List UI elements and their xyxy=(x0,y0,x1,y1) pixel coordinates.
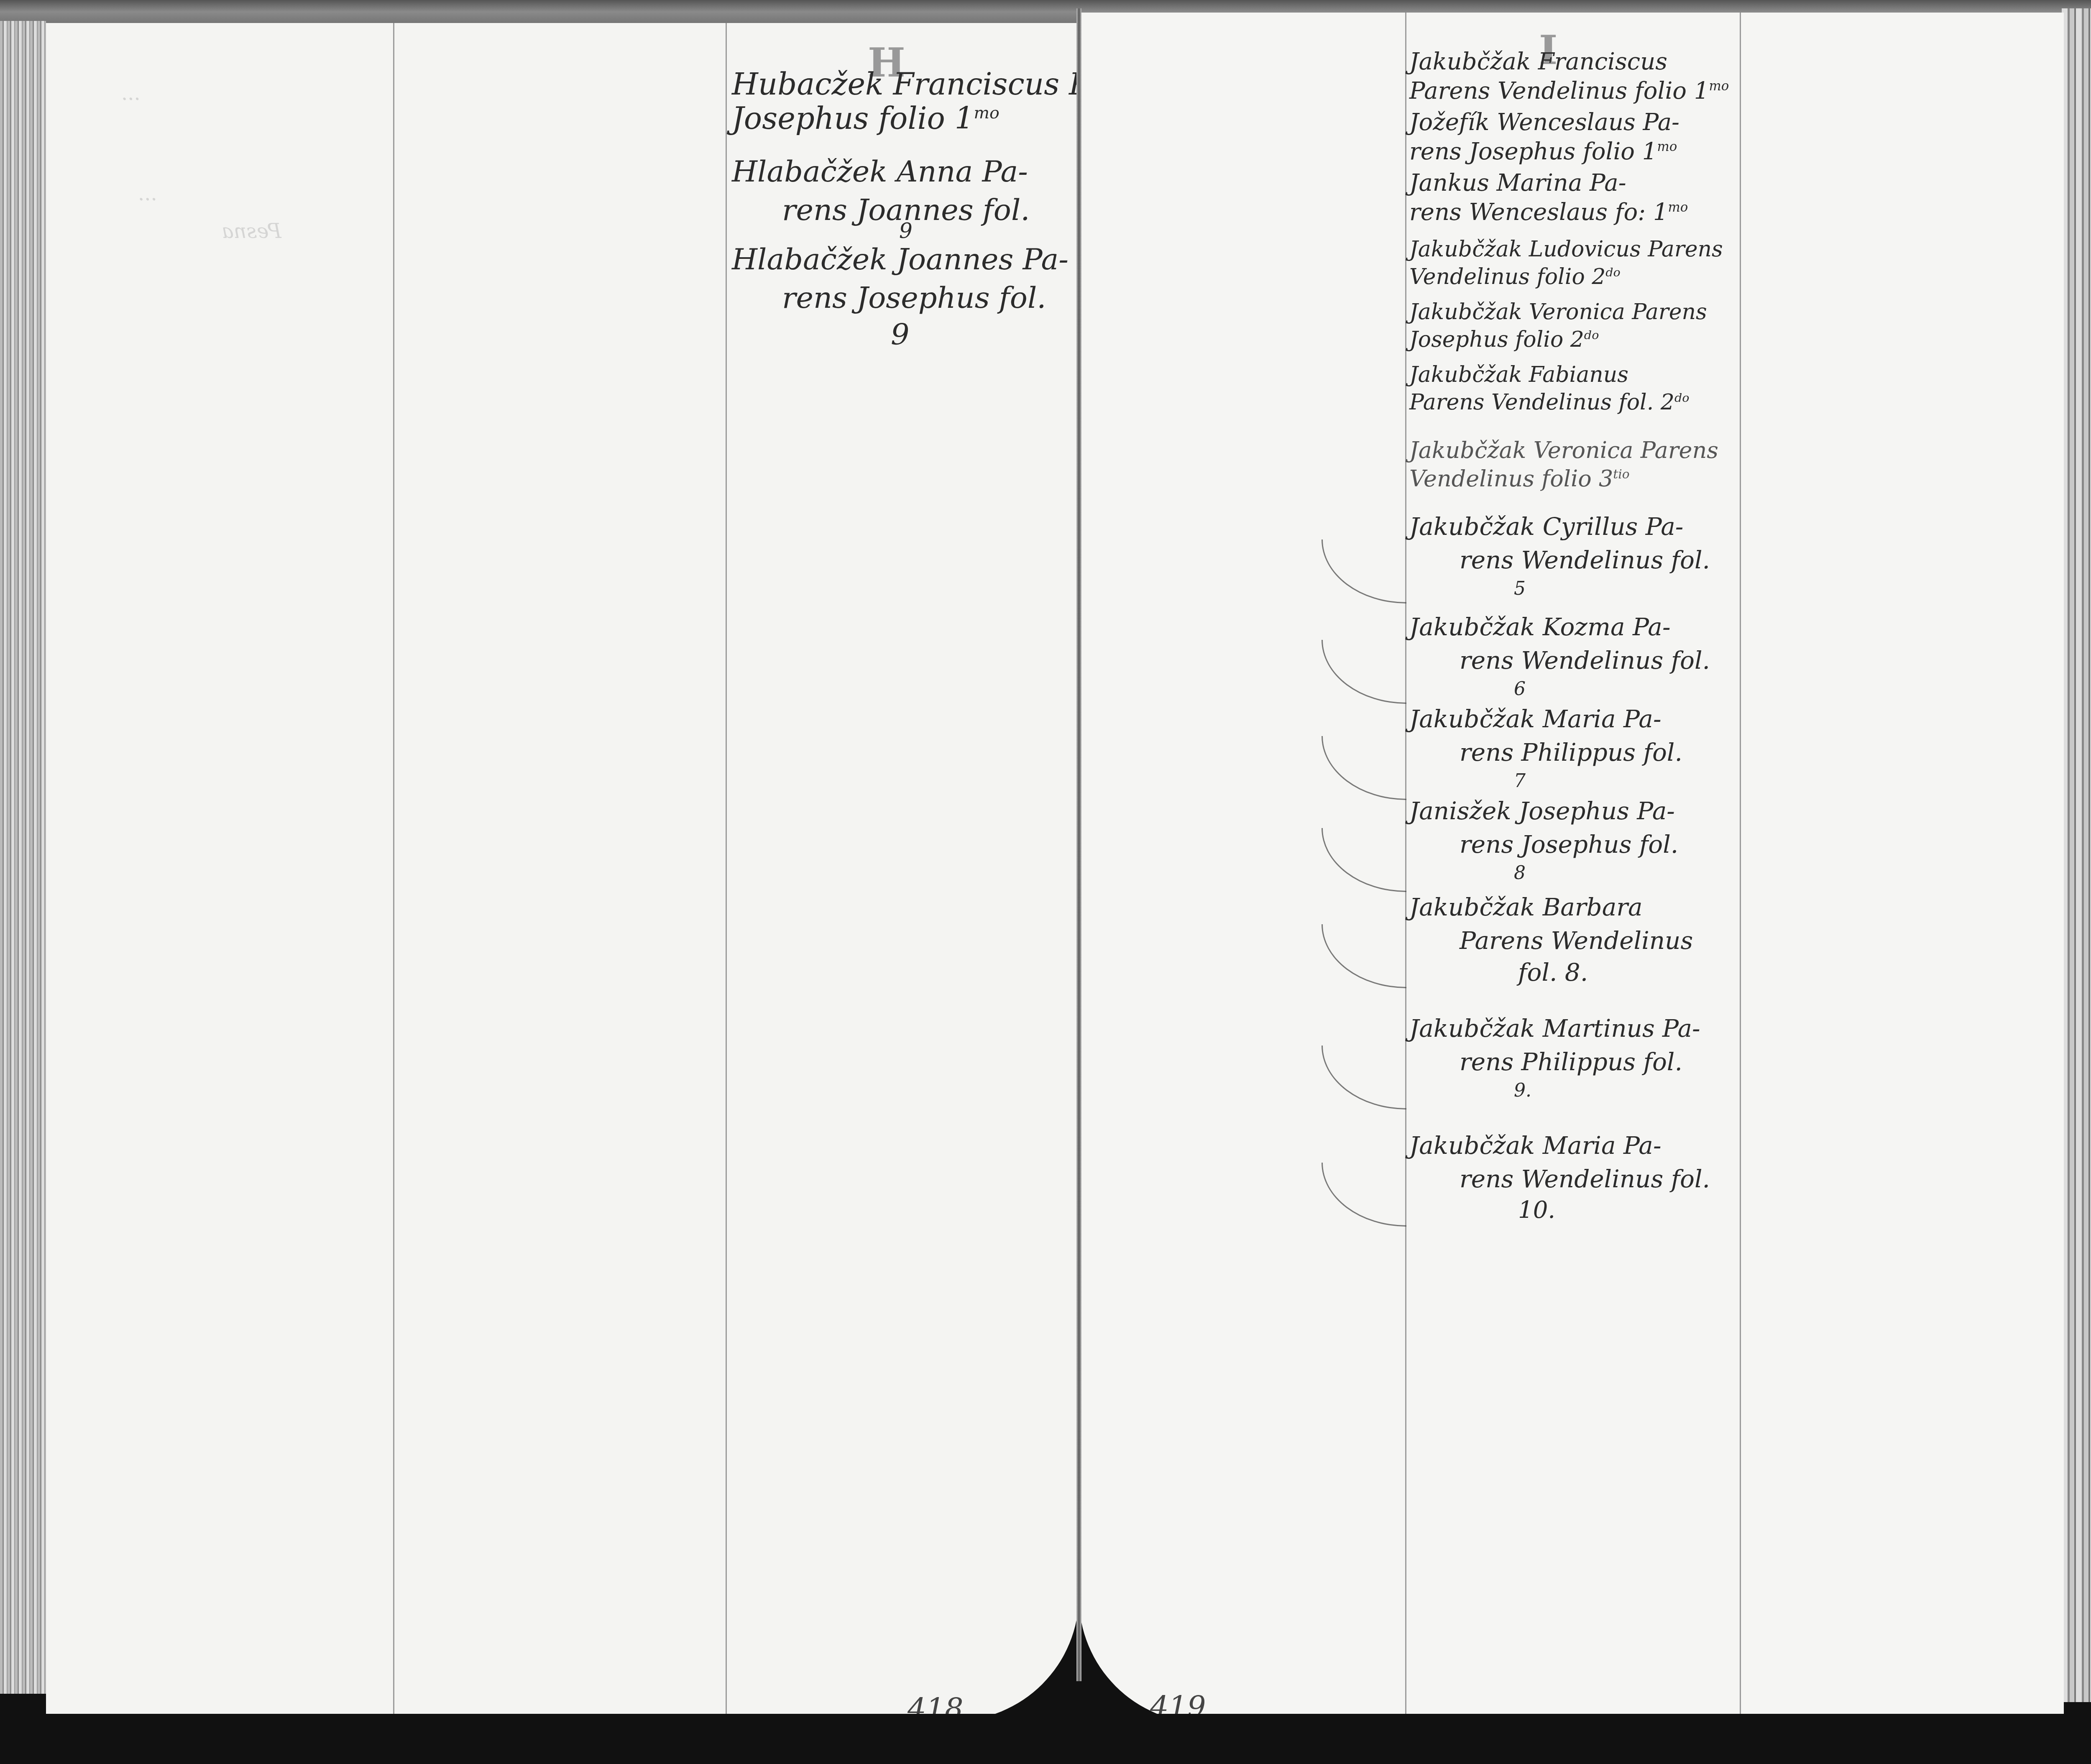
index-entry: Jakubčžak Veronica Parens Josephus folio… xyxy=(1409,301,1707,350)
flourish-stroke xyxy=(1322,1163,1406,1227)
column-rule xyxy=(1740,13,1741,1723)
flourish-stroke xyxy=(1322,1046,1406,1110)
book-gutter xyxy=(1076,8,1081,1681)
index-entry: Hlabačžek Anna Pa- rens Joannes fol. 9 xyxy=(732,157,1030,241)
left-page: ... ... Pesna H Hubacžek Franciscus Pare… xyxy=(46,23,1079,1721)
index-entry: Hlabačžek Joannes Pa- rens Josephus fol.… xyxy=(732,245,1069,349)
index-entry: Jakubčžak Maria Pa- rens Wendelinus fol.… xyxy=(1409,1133,1710,1222)
index-entry: Jakubčžak Maria Pa- rens Philippus fol. … xyxy=(1409,707,1682,790)
index-entry: Jožefík Wenceslaus Pa- rens Josephus fol… xyxy=(1409,111,1679,164)
right-page: I Jakubčžak Franciscus Parens Vendelinus… xyxy=(1079,13,2064,1723)
flourish-stroke xyxy=(1322,924,1406,988)
index-entry: Jakubčžak Kozma Pa- rens Wendelinus fol.… xyxy=(1409,615,1710,698)
index-entry: Jakubčžak Ludovicus Parens Vendelinus fo… xyxy=(1409,238,1723,288)
index-entry: Jakubčžak Franciscus Parens Vendelinus f… xyxy=(1409,50,1729,103)
index-entry: Jakubčžak Fabianus Parens Vendelinus fol… xyxy=(1409,364,1689,413)
bleed-through-text: ... xyxy=(138,182,157,205)
bleed-through-text: Pesna xyxy=(222,220,281,243)
column-rule xyxy=(726,23,727,1721)
scan-background-bottom xyxy=(0,1714,2091,1764)
flourish-stroke xyxy=(1322,640,1406,704)
index-entry: Jankus Marina Pa- rens Wenceslaus fo: 1m… xyxy=(1409,171,1688,224)
flourish-stroke xyxy=(1322,736,1406,800)
bleed-through-text: ... xyxy=(121,82,141,105)
index-entry: Jakubčžak Veronica Parens Vendelinus fol… xyxy=(1409,439,1718,490)
flourish-stroke xyxy=(1322,539,1406,603)
open-book-scan: ... ... Pesna H Hubacžek Franciscus Pare… xyxy=(0,0,2091,1764)
right-page-stack-edge xyxy=(2062,8,2091,1702)
left-page-stack-edge xyxy=(0,21,46,1694)
index-entry: Jakubčžak Martinus Pa- rens Philippus fo… xyxy=(1409,1016,1700,1100)
index-entry: Jakubčžak Cyrillus Pa- rens Wendelinus f… xyxy=(1409,514,1710,598)
index-entry: Jakubčžak Barbara Parens Wendelinus fol.… xyxy=(1409,895,1693,984)
flourish-stroke xyxy=(1322,828,1406,892)
index-entry: Janisžek Josephus Pa- rens Josephus fol.… xyxy=(1409,799,1678,882)
column-rule xyxy=(393,23,394,1721)
